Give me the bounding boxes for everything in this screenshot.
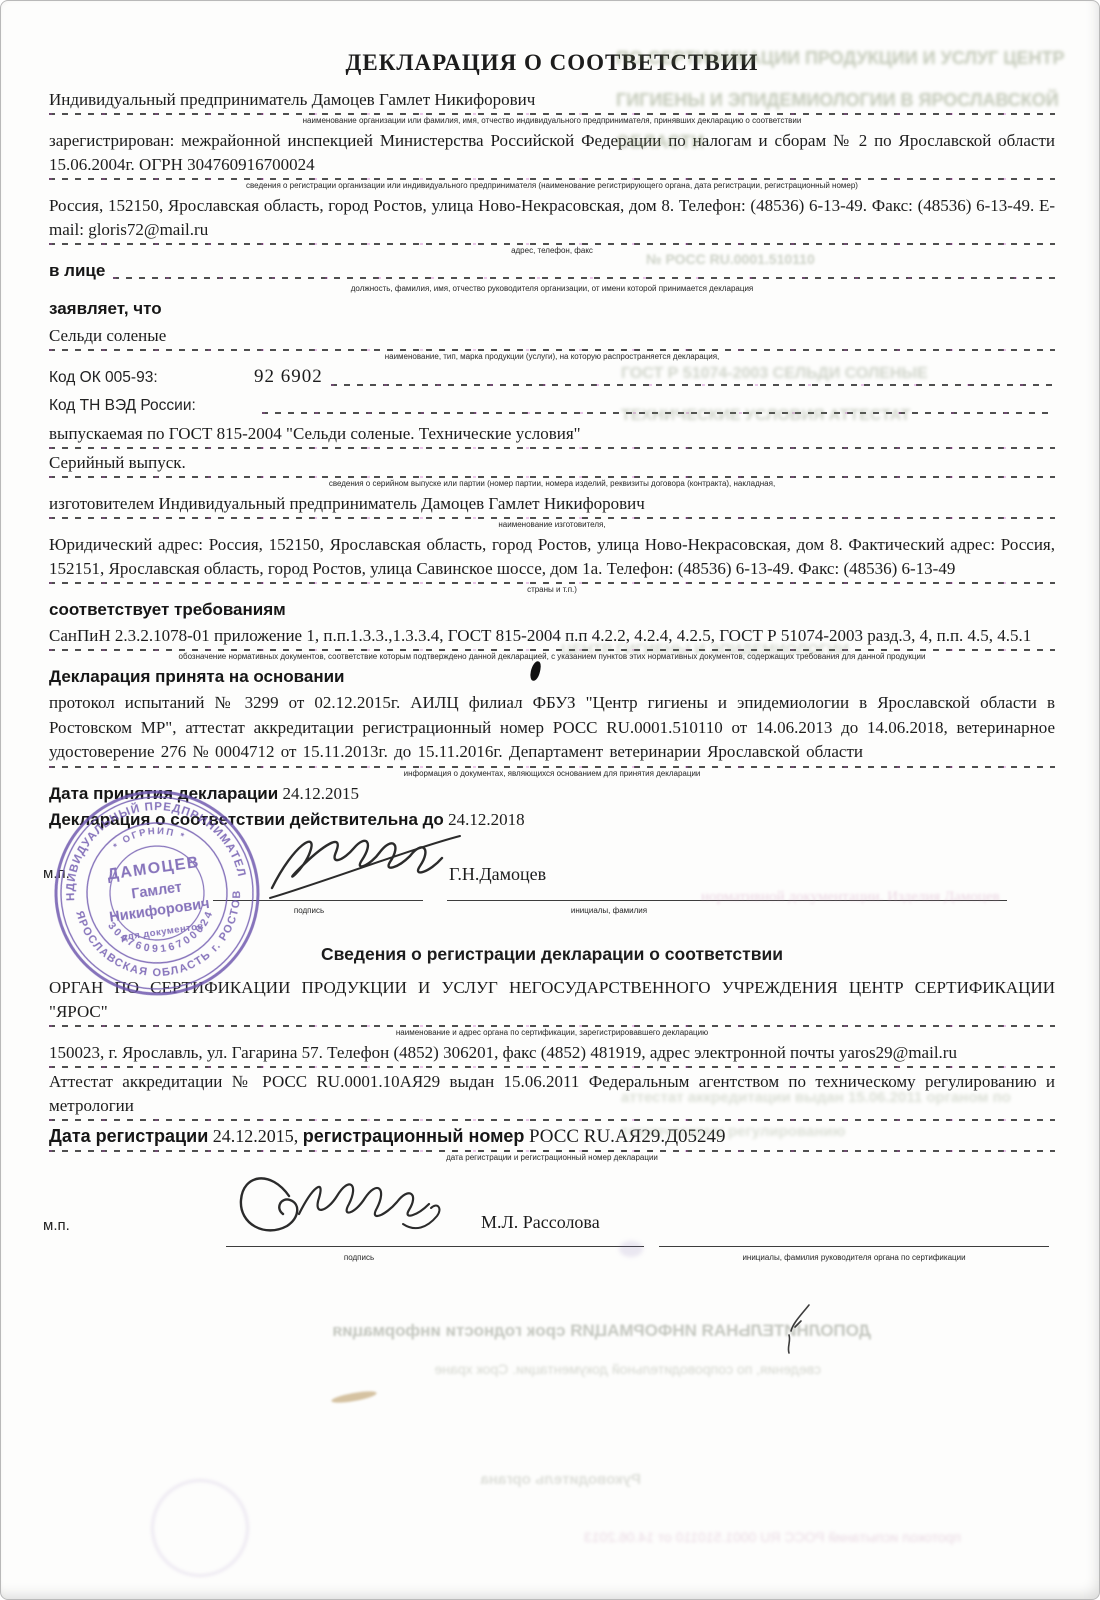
code-tn-row: Код ТН ВЭД России: — [49, 394, 1055, 418]
signature-scribble — [264, 826, 464, 904]
mp2-label: м.п. — [43, 1214, 70, 1238]
manufacturer-line: изготовителем Индивидуальный предпринима… — [49, 492, 1055, 516]
dotted-line — [49, 1066, 1055, 1068]
ghost-stamp-remnant — [151, 1479, 249, 1577]
dotted-line — [49, 1119, 1055, 1121]
mirrored-bleed-text: протокол испытаний РОСС RU 0001.510110 о… — [201, 1529, 961, 1545]
ink-speck — [781, 1301, 815, 1357]
in-person-caption: должность, фамилия, имя, отчество руково… — [49, 283, 1055, 294]
basis-label: Декларация принята на основании — [49, 665, 1055, 689]
name-line — [447, 900, 1007, 901]
sig2-name-caption: инициалы, фамилия руководителя органа по… — [659, 1252, 1049, 1263]
produced-by-gost: выпускаемая по ГОСТ 815-2004 "Сельди сол… — [49, 422, 1055, 446]
applicant-caption: наименование организации или фамилия, им… — [49, 115, 1055, 126]
manufacturer-caption: наименование изготовителя, — [49, 519, 1055, 530]
scanned-declaration-page: ДЕКЛАРАЦИЯ О СООТВЕТСТВИИ Индивидуальный… — [0, 0, 1100, 1600]
document-title: ДЕКЛАРАЦИЯ О СООТВЕТСТВИИ — [49, 51, 1055, 75]
reg-number-value: РОСС RU.АЯ29.Д05249 — [529, 1126, 726, 1147]
mirrored-bleed-text: сведения, по сопроводительной документац… — [201, 1361, 821, 1377]
code-tn-label: Код ТН ВЭД России: — [49, 394, 254, 418]
reg-date-label: Дата регистрации — [49, 1126, 208, 1146]
manufacturer-address-caption: страны и т.п.) — [49, 584, 1055, 595]
code-ok-label: Код ОК 005-93: — [49, 366, 254, 390]
dotted-fill — [113, 277, 1055, 279]
sig2-name: М.Л. Рассолова — [481, 1210, 600, 1234]
document-content: ДЕКЛАРАЦИЯ О СООТВЕТСТВИИ Индивидуальный… — [1, 1, 1099, 1270]
signature2-line — [226, 1246, 644, 1247]
sig1-name: Г.Н.Дамоцев — [449, 862, 546, 886]
reg-number-label: регистрационный номер — [303, 1126, 525, 1146]
sig2-caption: подпись — [299, 1252, 419, 1263]
accreditation-text: Аттестат аккредитации № РОСС RU.0001.10А… — [49, 1070, 1055, 1118]
declares-label: заявляет, что — [49, 297, 1055, 321]
product-caption: наименование, тип, марка продукции (услу… — [49, 351, 1055, 362]
brown-smudge — [331, 1389, 378, 1405]
mp-label: м.п. — [43, 862, 70, 886]
in-person-row: в лице — [49, 259, 1055, 283]
product-name: Сельди соленые — [49, 324, 1055, 348]
registration-date-line: Дата регистрации 24.12.2015, регистрацио… — [49, 1124, 1055, 1149]
serial-release: Серийный выпуск. — [49, 451, 1055, 475]
cert-body-name: ОРГАН ПО СЕРТИФИКАЦИИ ПРОДУКЦИИ И УСЛУГ … — [49, 976, 1055, 1024]
signature-block-applicant: м.п. подпись Г.Н.Дамоцев инициалы, фамил… — [49, 832, 1055, 928]
mirrored-bleed-text: ДОПОЛНИТЕЛЬНАЯ ИНФОРМАЦИЯ срок годности … — [171, 1321, 871, 1341]
manufacturer-address: Юридический адрес: Россия, 152150, Яросл… — [49, 533, 1055, 581]
mirrored-bleed-text: Руководитель органа — [221, 1471, 641, 1488]
signature2-scribble — [227, 1166, 457, 1258]
applicant-address: Россия, 152150, Ярославская область, гор… — [49, 194, 1055, 242]
sig1-name-caption: инициалы, фамилия — [519, 905, 699, 916]
in-person-label: в лице — [49, 259, 105, 283]
adoption-date-value: 24.12.2015 — [282, 784, 359, 803]
adoption-date-line: Дата принятия декларации 24.12.2015 — [49, 782, 1055, 806]
registration-caption: сведения о регистрации организации или и… — [49, 180, 1055, 191]
reg-date-value: 24.12.2015, — [213, 1126, 299, 1146]
dotted-fill — [262, 412, 1055, 414]
conforms-label: соответствует требованиям — [49, 598, 1055, 622]
cert-body-address: 150023, г. Ярославль, ул. Гагарина 57. Т… — [49, 1041, 1055, 1065]
adoption-date-label: Дата принятия декларации — [49, 784, 278, 803]
faint-smudge — [619, 1241, 643, 1257]
registration-section-title: Сведения о регистрации декларации о соот… — [49, 942, 1055, 966]
registration-info: зарегистрирован: межрайонной инспекцией … — [49, 129, 1055, 177]
basis-caption: информация о документах, являющихся осно… — [49, 768, 1055, 779]
address-caption: адрес, телефон, факс — [49, 245, 1055, 256]
sig1-caption: подпись — [249, 905, 369, 916]
reg-caption: дата регистрации и регистрационный номер… — [49, 1152, 1055, 1163]
conforms-caption: обозначение нормативных документов, соот… — [49, 651, 1055, 662]
valid-until-line: Декларация о соответствии действительна … — [49, 808, 1055, 832]
code-ok-row: Код ОК 005-93: 92 6902 — [49, 365, 1055, 390]
dotted-line — [49, 447, 1055, 449]
dotted-fill — [331, 384, 1055, 386]
basis-text: протокол испытаний № 3299 от 02.12.2015г… — [49, 691, 1055, 765]
signature-line — [213, 900, 423, 901]
code-ok-value: 92 6902 — [254, 365, 323, 389]
signature-block-certifier: м.п. подпись М.Л. Рассолова инициалы, фа… — [49, 1166, 1055, 1270]
applicant-name: Индивидуальный предприниматель Дамоцев Г… — [49, 88, 1055, 112]
serial-caption: сведения о серийном выпуске или партии (… — [49, 478, 1055, 489]
cert-body-caption: наименование и адрес органа по сертифика… — [49, 1027, 1055, 1038]
name2-line — [659, 1246, 1049, 1247]
conforms-text: СанПиН 2.3.2.1078-01 приложение 1, п.п.1… — [49, 624, 1055, 648]
